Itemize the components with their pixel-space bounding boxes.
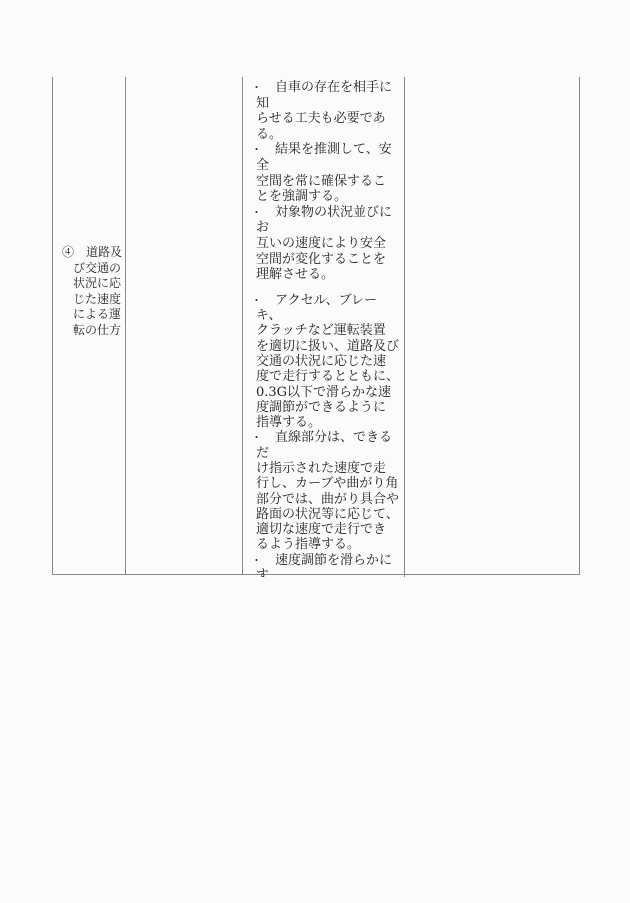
bullet-text: 速度調節を滑らかにす る教習を重点的に行う。 bbox=[256, 553, 402, 577]
bullet-item: ・ 直線部分は、できるだ け指示された速度で走 行し、カーブや曲がり角 部分では… bbox=[243, 430, 404, 552]
bullet-icon: ・ bbox=[251, 553, 262, 568]
column-guidance-points: ・ 自車の存在を相手に知 らせる工夫も必要であ る。 ・ 結果を推測して、安全 … bbox=[243, 77, 405, 577]
bullet-text: 結果を推測して、安全 空間を常に確保するこ とを強調する。 bbox=[256, 142, 402, 204]
guidance-group-item4: ・ アクセル、ブレーキ、 クラッチなど運転装置 を適切に扱い、道路及び 交通の状… bbox=[243, 293, 404, 577]
bullet-text: 自車の存在を相手に知 らせる工夫も必要であ る。 bbox=[256, 80, 402, 142]
bullet-icon: ・ bbox=[251, 293, 262, 308]
bullet-icon: ・ bbox=[251, 142, 262, 158]
training-plan-table: ④ 道路及 び交通の 状況に応 じた速度 による運 転の仕方 ・ 自車の存在を相… bbox=[52, 77, 580, 575]
bullet-icon: ・ bbox=[251, 430, 262, 445]
bullet-item: ・ 速度調節を滑らかにす る教習を重点的に行う。 bbox=[243, 553, 404, 577]
column-2-empty bbox=[126, 77, 243, 574]
document-page: ④ 道路及 び交通の 状況に応 じた速度 による運 転の仕方 ・ 自車の存在を相… bbox=[0, 0, 630, 903]
bullet-item: ・ 自車の存在を相手に知 らせる工夫も必要であ る。 bbox=[243, 80, 404, 142]
bullet-text: アクセル、ブレーキ、 クラッチなど運転装置 を適切に扱い、道路及び 交通の状況に… bbox=[256, 293, 402, 431]
bullet-icon: ・ bbox=[251, 205, 262, 221]
bullet-text: 対象物の状況並びにお 互いの速度により安全 空間が変化することを 理解させる。 bbox=[256, 205, 402, 283]
item-4-heading: ④ 道路及 び交通の 状況に応 じた速度 による運 転の仕方 bbox=[53, 245, 125, 338]
column-item-heading: ④ 道路及 び交通の 状況に応 じた速度 による運 転の仕方 bbox=[53, 77, 126, 574]
bullet-item: ・ 結果を推測して、安全 空間を常に確保するこ とを強調する。 bbox=[243, 142, 404, 204]
bullet-text: 直線部分は、できるだ け指示された速度で走 行し、カーブや曲がり角 部分では、曲… bbox=[256, 430, 402, 552]
bullet-item: ・ 対象物の状況並びにお 互いの速度により安全 空間が変化することを 理解させる… bbox=[243, 205, 404, 283]
bullet-icon: ・ bbox=[251, 80, 262, 96]
column-4-empty bbox=[405, 77, 580, 574]
guidance-group-continuation: ・ 自車の存在を相手に知 らせる工夫も必要であ る。 ・ 結果を推測して、安全 … bbox=[243, 80, 404, 283]
bullet-item: ・ アクセル、ブレーキ、 クラッチなど運転装置 を適切に扱い、道路及び 交通の状… bbox=[243, 293, 404, 431]
